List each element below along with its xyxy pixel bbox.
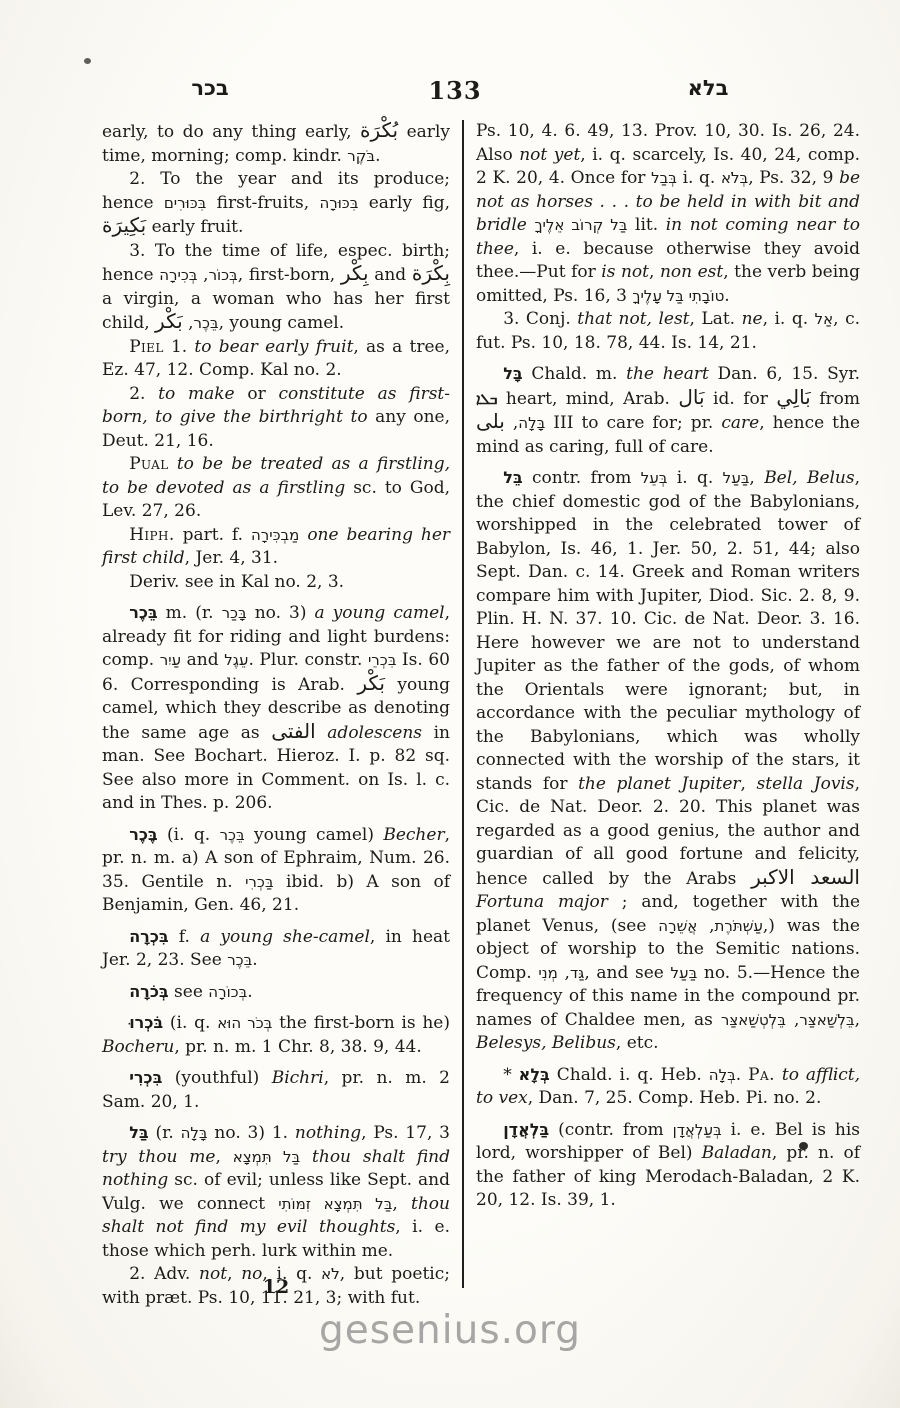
text-segment: , <box>786 1010 800 1030</box>
printer-signature: 12 <box>102 1276 450 1298</box>
text-segment: , <box>505 413 518 433</box>
hebrew-text: טוֹבָתִי בַּל עָלֶיךָ <box>632 287 724 305</box>
hebrew-text: בֵּכֶר <box>194 314 219 332</box>
text-segment: id. for <box>705 389 777 409</box>
left-column: early, to do any thing early, بُكْرَة ea… <box>102 120 450 1310</box>
text-segment: ne <box>742 309 763 329</box>
hebrew-text: בֵּל <box>503 468 522 487</box>
text-segment: and <box>369 265 412 285</box>
hebrew-text: בֶּכֶר <box>129 825 157 844</box>
arabic-text: بِكْرَة <box>412 261 450 285</box>
text-segment: that not, lest <box>577 309 689 329</box>
hebrew-text: בַּלְאֲדָן <box>503 1120 549 1139</box>
hebrew-text: בְּלָא <box>519 1065 550 1084</box>
text-segment: , <box>392 1194 411 1214</box>
text-segment: , pr. n. m. 1 Chr. 8, 38. 9, 44. <box>174 1037 421 1057</box>
running-head-right-keyword: בלא <box>648 76 768 100</box>
text-segment: Becher <box>383 825 444 845</box>
hebrew-text: בִּכְרֵי <box>368 651 396 669</box>
text-segment: , etc. <box>616 1033 659 1053</box>
text-segment: , <box>855 1010 860 1030</box>
text-segment: lit. <box>627 215 665 235</box>
text-segment: i. q. <box>677 168 721 188</box>
text-segment: * <box>503 1065 518 1085</box>
paragraph: 3. Conj. that not, lest, Lat. ne, i. q. … <box>476 308 860 355</box>
text-segment: , <box>558 963 570 983</box>
hebrew-text: מַבְכִּירָה <box>251 526 299 544</box>
text-segment: not yet <box>519 145 580 165</box>
paragraph: בַּלְאֲדָן (contr. from בְּעַלְאֲדָן i. … <box>476 1118 860 1213</box>
text-segment: the planet Jupiter <box>578 774 740 794</box>
hebrew-text: בְּבַל <box>651 169 677 187</box>
text-segment: to bear early fruit <box>194 337 353 357</box>
text-segment: . <box>247 982 252 1002</box>
hebrew-text: בֵּכֶר <box>227 951 252 969</box>
arabic-text: بلى <box>476 409 505 433</box>
text-segment: Piel <box>129 337 164 357</box>
paragraph: בֹּכְרוּ (i. q. בְּכֹר הוּא the first-bo… <box>102 1011 450 1059</box>
paragraph: בְּכֹרָה see בְּכוֹרָה. <box>102 980 450 1005</box>
text-segment: , first-born, <box>238 265 341 285</box>
text-segment: , Lat. <box>690 309 742 329</box>
paragraph: בֵּל contr. from בְּעֵל i. q. בַּעַל, Be… <box>476 466 860 1056</box>
text-segment: Chald. m. <box>523 364 627 384</box>
arabic-text: بَكِيرَة <box>102 213 146 237</box>
paragraph: Hiph. part. f. מַבְכִּירָה one bearing h… <box>102 524 450 571</box>
arabic-text: بَالِي <box>776 385 810 409</box>
text-segment: , the chief domestic god of the Babyloni… <box>476 468 860 794</box>
text-segment: to make <box>158 384 234 404</box>
text-segment: contr. from <box>523 468 641 488</box>
text-segment: , Jer. 4, 31. <box>185 548 278 568</box>
text-segment: early fruit. <box>146 217 243 237</box>
hebrew-text: בָּל <box>503 364 522 383</box>
text-segment: part. f. <box>175 525 251 545</box>
paragraph: Ps. 10, 4. 6. 49, 13. Prov. 10, 30. Is. … <box>476 120 860 308</box>
hebrew-text: בַּעַל <box>671 964 698 982</box>
text-segment: . <box>724 286 729 306</box>
text-segment: heart, mind, Arab. <box>497 389 678 409</box>
hebrew-text: בְּעַלְאֲדָן <box>673 1121 722 1139</box>
hebrew-text: בְּלֹא <box>721 169 748 187</box>
text-segment: or <box>235 384 279 404</box>
text-segment: . <box>252 950 257 970</box>
syriac-text: ܒܠܐ <box>476 390 497 408</box>
text-segment: stella Jovis <box>757 774 855 794</box>
text-segment: Bichri <box>272 1068 324 1088</box>
text-segment: (i. q. <box>163 1013 217 1033</box>
text-segment: Dan. 6, 15. Syr. <box>709 364 860 384</box>
ink-speck <box>84 58 91 64</box>
text-segment: and <box>181 650 224 670</box>
right-column: Ps. 10, 4. 6. 49, 13. Prov. 10, 30. Is. … <box>476 120 860 1310</box>
text-segment: Deriv. see in Kal no. 2, 3. <box>129 572 344 592</box>
hebrew-text: בְּעֵל <box>641 469 668 487</box>
text-segment: . Plur. constr. <box>248 650 368 670</box>
paragraph: Piel 1. to bear early fruit, as a tree, … <box>102 336 450 383</box>
text-segment: non est <box>660 262 723 282</box>
hebrew-text: עֵגֶל <box>224 651 248 669</box>
text-segment: Bel, Belus <box>764 468 854 488</box>
text-segment <box>775 1065 782 1085</box>
text-segment: , <box>183 313 194 333</box>
text-segment: the heart <box>626 364 709 384</box>
paragraph: בִּכְרָה f. a young she-camel, in heat J… <box>102 925 450 973</box>
hebrew-text: עַשְׁתֹּרֶת <box>715 917 763 935</box>
text-segment: see <box>169 982 209 1002</box>
hebrew-text: בְּכֹר הוּא <box>217 1014 272 1032</box>
text-columns: early, to do any thing early, بُكْرَة ea… <box>102 120 860 1310</box>
text-segment: from <box>811 389 860 409</box>
paragraph: 2. to make or constitute as first-born, … <box>102 383 450 454</box>
text-segment: Bocheru <box>102 1037 174 1057</box>
text-segment: (contr. from <box>549 1120 672 1140</box>
hebrew-text: בֵּכֶר <box>220 826 245 844</box>
hebrew-text: בֹּכְרוּ <box>129 1013 163 1032</box>
hebrew-text: בְּכוֹרָה <box>208 983 247 1001</box>
text-segment: , and see <box>584 963 670 983</box>
text-segment: , <box>697 916 714 936</box>
hebrew-text: בַּל תִּמְצָא <box>233 1148 300 1166</box>
paragraph: * בְּלָא Chald. i. q. Heb. בְּלָה. Pa. t… <box>476 1063 860 1111</box>
text-segment <box>316 723 328 743</box>
text-segment <box>300 1147 312 1167</box>
text-segment: , <box>749 468 764 488</box>
hebrew-text: בִּכְרִי <box>129 1068 162 1087</box>
paragraph: Pual to be be treated as a firstling, to… <box>102 453 450 524</box>
text-segment: care <box>721 413 759 433</box>
text-segment: , <box>197 265 208 285</box>
hebrew-text: בָּכַר <box>222 604 247 622</box>
text-segment: is not <box>601 262 649 282</box>
text-segment: , <box>649 262 660 282</box>
column-divider-rule <box>462 120 464 1288</box>
paragraph: בָּל Chald. m. the heart Dan. 6, 15. Syr… <box>476 362 860 459</box>
hebrew-text: בֵּלְטְשַׁאצַּר <box>721 1011 786 1029</box>
text-segment: (i. q. <box>158 825 220 845</box>
text-segment: III to care for; pr. <box>545 413 721 433</box>
hebrew-text: מְנִי <box>538 964 558 982</box>
hebrew-text: עַיִר <box>160 651 181 669</box>
text-segment: Chald. i. q. Heb. <box>550 1065 709 1085</box>
text-segment: , <box>215 1147 232 1167</box>
hebrew-text: בַּעַל <box>723 469 750 487</box>
hebrew-text: אֲשֵׁרָה <box>658 917 697 935</box>
paragraph: בֵּכֶר m. (r. בָּכַר no. 3) a young came… <box>102 601 450 816</box>
running-head-left-keyword: בכר <box>150 76 270 100</box>
text-segment: f. <box>169 927 200 947</box>
hebrew-text: בַּכְרִי <box>245 873 273 891</box>
text-segment: 1. <box>164 337 195 357</box>
hebrew-text: בָּלָה <box>181 1124 208 1142</box>
hebrew-text: בִּכּוּרָה <box>319 194 358 212</box>
hebrew-text: בְּכִירָה <box>159 266 197 284</box>
text-segment: , Dan. 7, 25. Comp. Heb. Pi. no. 2. <box>528 1088 822 1108</box>
text-segment: (youthful) <box>162 1068 271 1088</box>
text-segment: (r. <box>149 1123 181 1143</box>
text-segment: i. q. <box>667 468 722 488</box>
text-segment: a young camel <box>315 603 445 623</box>
text-segment <box>169 454 177 474</box>
hebrew-text: בֵּכֶר <box>129 603 157 622</box>
text-segment: . <box>375 146 380 166</box>
text-segment: the first-born is he) <box>272 1013 450 1033</box>
text-segment: m. (r. <box>158 603 222 623</box>
page-number: 133 <box>407 76 503 105</box>
paragraph: early, to do any thing early, بُكْرَة ea… <box>102 120 450 168</box>
arabic-text: بِكْر <box>341 261 369 285</box>
arabic-text: بَكْر <box>155 309 183 333</box>
hebrew-text: בְּכוֹר <box>209 266 238 284</box>
text-segment: early, to do any thing early, <box>102 122 360 142</box>
hebrew-text: בַּל תִּמְצָא זִמּוֹתִי <box>278 1195 392 1213</box>
text-segment: Hiph. <box>129 525 175 545</box>
text-segment: , <box>741 774 757 794</box>
hebrew-text: בָּלָה <box>518 414 545 432</box>
hebrew-text: בַּל <box>129 1123 148 1142</box>
paragraph: 2. To the year and its produce; hence בִ… <box>102 168 450 240</box>
text-segment: early fig, <box>358 193 450 213</box>
text-segment: Pual <box>129 454 168 474</box>
text-segment: , Ps. 17, 3 <box>361 1123 450 1143</box>
text-segment: Belesys, Belibus <box>476 1033 616 1053</box>
text-segment: 3. Conj. <box>503 309 577 329</box>
hebrew-text: בֹּקֶר <box>347 147 375 165</box>
hebrew-text: בֵּלְשַׁאצַּר <box>799 1011 854 1029</box>
text-segment: adolescens <box>327 723 422 743</box>
arabic-text: بُكْرَة <box>360 118 398 142</box>
arabic-text: السعد الاكبر <box>751 865 860 889</box>
text-segment: , young camel. <box>219 313 345 333</box>
text-segment: , Ps. 32, 9 <box>748 168 839 188</box>
hebrew-text: בִּכְרָה <box>129 927 168 946</box>
text-segment: , i. q. <box>763 309 815 329</box>
paragraph: 3. To the time of life, espec. birth; he… <box>102 240 450 336</box>
hebrew-text: בַּל קְרוֹב אֵלֶיךָ <box>534 216 627 234</box>
text-segment: nothing <box>295 1123 361 1143</box>
text-segment: Fortuna major <box>476 892 608 912</box>
paragraph: בִּכְרִי (youthful) Bichri, pr. n. m. 2 … <box>102 1066 450 1114</box>
text-segment: 2. <box>129 384 158 404</box>
paragraph: בֶּכֶר (i. q. בֵּכֶר young camel) Becher… <box>102 823 450 918</box>
text-segment: no. 3) <box>247 603 315 623</box>
arabic-text: بَكْر <box>357 671 385 695</box>
arabic-text: الفتى <box>271 719 315 743</box>
text-segment: young camel) <box>245 825 384 845</box>
paragraph: בַּל (r. בָּלָה no. 3) 1. nothing, Ps. 1… <box>102 1121 450 1263</box>
text-segment: no. 3) 1. <box>208 1123 295 1143</box>
hebrew-text: בִּכּוּרִים <box>164 194 206 212</box>
text-segment: Baladan <box>702 1143 772 1163</box>
text-segment: try thou me <box>102 1147 215 1167</box>
ink-speck <box>799 1142 808 1150</box>
watermark-text: gesenius.org <box>0 1308 900 1353</box>
hebrew-text: בְּלָה <box>709 1066 736 1084</box>
paragraph: Deriv. see in Kal no. 2, 3. <box>102 571 450 595</box>
hebrew-text: בְּכֹרָה <box>129 982 168 1001</box>
text-segment: a young she-camel <box>200 927 370 947</box>
arabic-text: بَال <box>678 385 704 409</box>
text-segment: Pa. <box>748 1065 775 1085</box>
hebrew-text: אַל <box>815 310 834 328</box>
scanned-dictionary-page: בכר 133 בלא early, to do any thing early… <box>0 0 900 1408</box>
text-segment: . <box>736 1065 748 1085</box>
hebrew-text: גַּד <box>570 964 584 982</box>
text-segment: first-fruits, <box>206 193 319 213</box>
